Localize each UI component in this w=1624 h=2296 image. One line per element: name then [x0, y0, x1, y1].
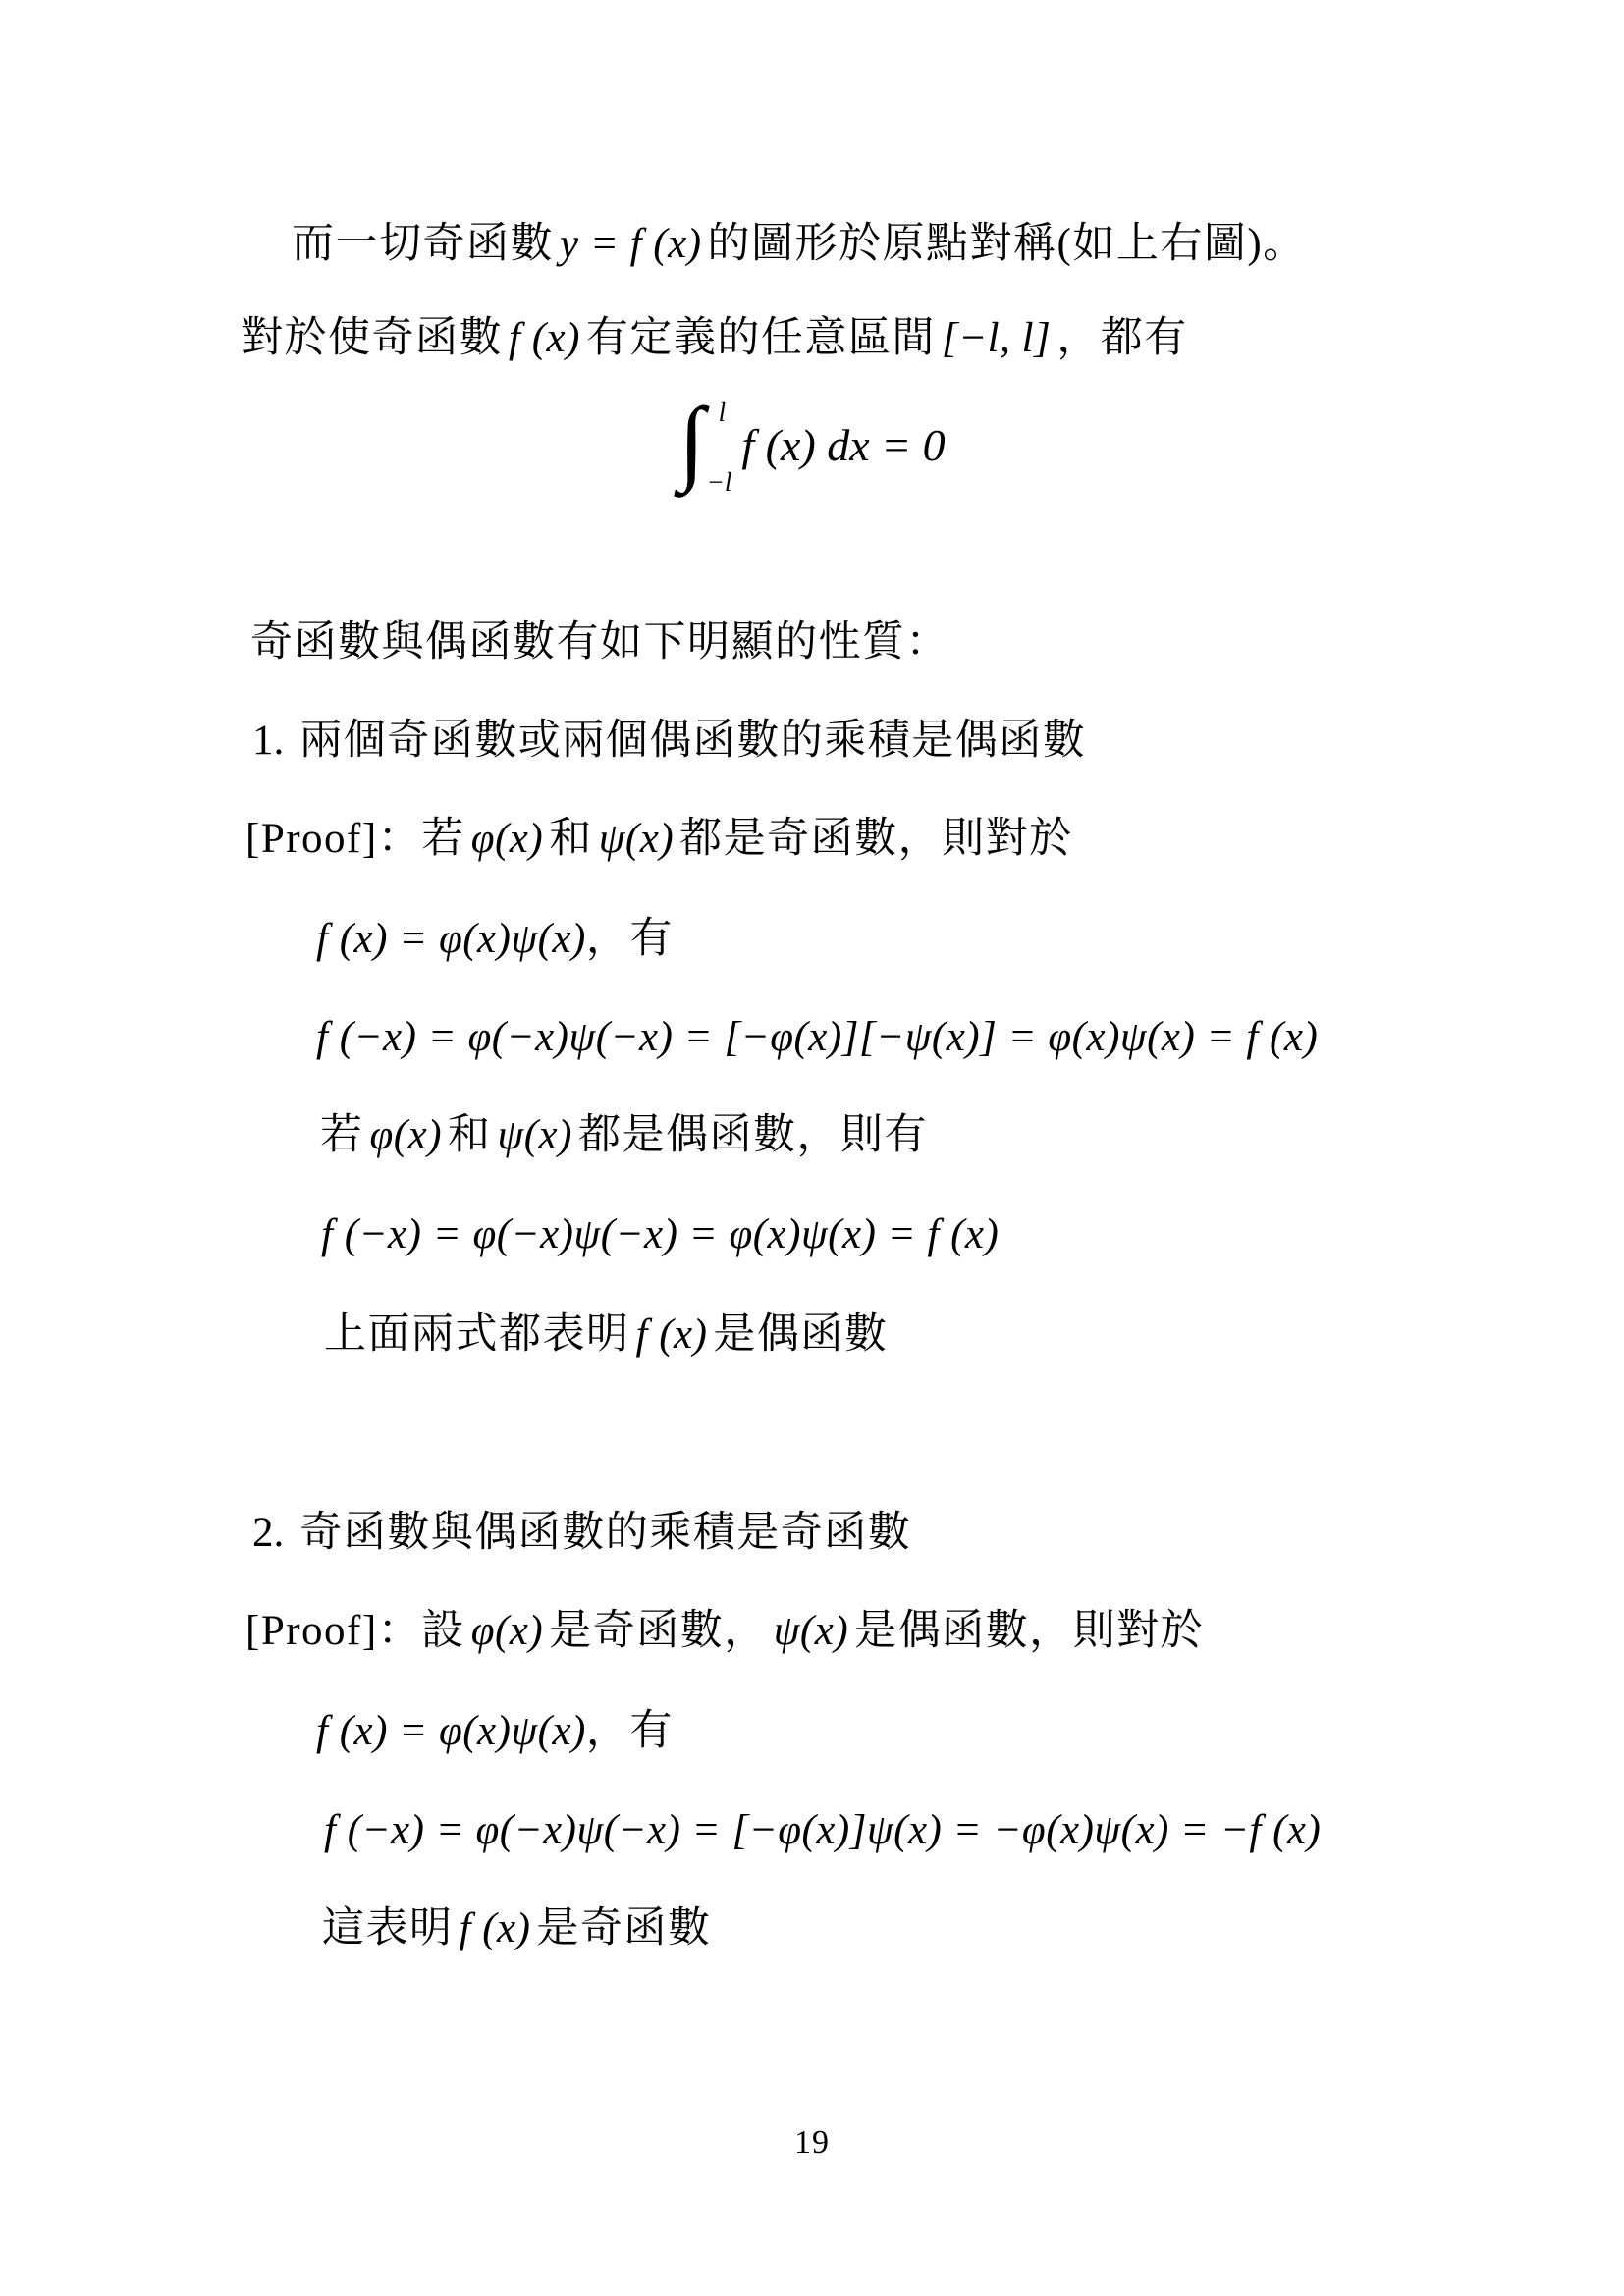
list-number: 1. — [252, 715, 284, 768]
text-run: 奇函數與偶函數的乘積是奇函數 — [299, 1510, 911, 1556]
integral-limits: l −l — [707, 398, 732, 492]
text-run: 是奇函數 — [536, 1905, 711, 1951]
text-run: ，有 — [586, 1708, 674, 1754]
text-run: 兩個奇函數或兩個偶函數的乘積是偶函數 — [299, 718, 1086, 764]
math-run: f (x) = φ(x)ψ(x) — [316, 1708, 586, 1754]
property-1-eq-odd-case: f (−x) = φ(−x)ψ(−x) = [−φ(x)][−ψ(x)] = φ… — [316, 1011, 1318, 1064]
math-run: f (x) — [630, 1311, 714, 1358]
text-run: ，有 — [586, 916, 674, 962]
math-run: φ(x) — [364, 1112, 449, 1158]
intro-paragraph-2: 對於使奇函數f (x)有定義的任意區間[−l, l]，都有 — [241, 312, 1188, 365]
text-run: 的圖形於原點對稱(如上右圖)。 — [708, 221, 1307, 267]
property-2-eq-main: f (−x) = φ(−x)ψ(−x) = [−φ(x)]ψ(x) = −φ(x… — [324, 1804, 1321, 1857]
intro-paragraph-1: 而一切奇函數y = f (x)的圖形於原點對稱(如上右圖)。 — [292, 218, 1307, 271]
text-run: 有定義的任意區間 — [586, 315, 936, 361]
property-1-title: 1.兩個奇函數或兩個偶函數的乘積是偶函數 — [252, 715, 1086, 768]
text-run: 設 — [421, 1608, 465, 1654]
proof-label: [Proof]： — [245, 816, 421, 862]
text-run: 和 — [549, 816, 593, 862]
property-1-conclusion: 上面兩式都表明f (x)是偶函數 — [324, 1308, 888, 1362]
integral-body: f (x) dx = 0 — [741, 419, 945, 471]
math-run: f (x) — [454, 1905, 537, 1951]
property-2-conclusion: 這表明f (x)是奇函數 — [322, 1902, 711, 1955]
text-run: ，都有 — [1056, 315, 1188, 361]
math-run: f (x) — [503, 315, 586, 361]
text-run: 都是奇函數，則對於 — [679, 816, 1073, 862]
math-run: φ(x) — [465, 1608, 550, 1654]
text-run: 上面兩式都表明 — [324, 1311, 630, 1358]
text-run: 和 — [448, 1112, 492, 1158]
math-run: f (−x) = φ(−x)ψ(−x) = [−φ(x)]ψ(x) = −φ(x… — [324, 1807, 1321, 1853]
property-1-proof-intro: [Proof]：若φ(x)和ψ(x)都是奇函數，則對於 — [245, 813, 1073, 866]
math-run: f (x) = φ(x)ψ(x) — [316, 916, 586, 962]
text-run: 奇函數與偶函數有如下明顯的性質： — [250, 619, 949, 666]
text-run: 若 — [320, 1112, 364, 1158]
proof-label: [Proof]： — [245, 1608, 421, 1654]
text-run: 是偶函數 — [713, 1311, 888, 1358]
text-run: 對於使奇函數 — [241, 315, 503, 361]
property-2-title: 2.奇函數與偶函數的乘積是奇函數 — [252, 1507, 911, 1560]
math-run: φ(x) — [465, 816, 550, 862]
properties-header: 奇函數與偶函數有如下明顯的性質： — [250, 616, 949, 669]
page-number: 19 — [0, 2124, 1624, 2162]
text-run: 若 — [421, 816, 465, 862]
text-run: 是奇函數， — [549, 1608, 768, 1654]
display-formula-integral: ∫ l −l f (x) dx = 0 — [0, 391, 1624, 499]
math-run: ψ(x) — [492, 1112, 578, 1158]
integral-upper-limit: l — [719, 398, 732, 428]
integral-lower-limit: −l — [707, 467, 732, 498]
math-run: f (−x) = φ(−x)ψ(−x) = φ(x)ψ(x) = f (x) — [321, 1211, 999, 1257]
math-run: f (−x) = φ(−x)ψ(−x) = [−φ(x)][−ψ(x)] = φ… — [316, 1014, 1318, 1060]
list-number: 2. — [252, 1507, 284, 1560]
text-run: 是偶函數，則對於 — [854, 1608, 1204, 1654]
math-run: ψ(x) — [768, 1608, 854, 1654]
math-run: y = f (x) — [554, 221, 708, 267]
text-run: 都是偶函數，則有 — [578, 1112, 928, 1158]
page-number-value: 19 — [794, 2124, 830, 2161]
property-2-proof-intro: [Proof]：設φ(x)是奇函數，ψ(x)是偶函數，則對於 — [245, 1605, 1204, 1658]
math-run: [−l, l] — [936, 315, 1056, 361]
text-run: 而一切奇函數 — [292, 221, 554, 267]
text-run: 這表明 — [322, 1905, 454, 1951]
math-run: ψ(x) — [593, 816, 679, 862]
integral-sign: ∫ — [678, 399, 704, 483]
property-1-eq-definition: f (x) = φ(x)ψ(x)，有 — [316, 913, 674, 966]
property-1-eq-even-case: f (−x) = φ(−x)ψ(−x) = φ(x)ψ(x) = f (x) — [321, 1208, 999, 1261]
property-1-even-intro: 若φ(x)和ψ(x)都是偶函數，則有 — [320, 1109, 928, 1162]
property-2-eq-definition: f (x) = φ(x)ψ(x)，有 — [316, 1705, 674, 1758]
document-page: 而一切奇函數y = f (x)的圖形於原點對稱(如上右圖)。 對於使奇函數f (… — [0, 0, 1624, 2296]
